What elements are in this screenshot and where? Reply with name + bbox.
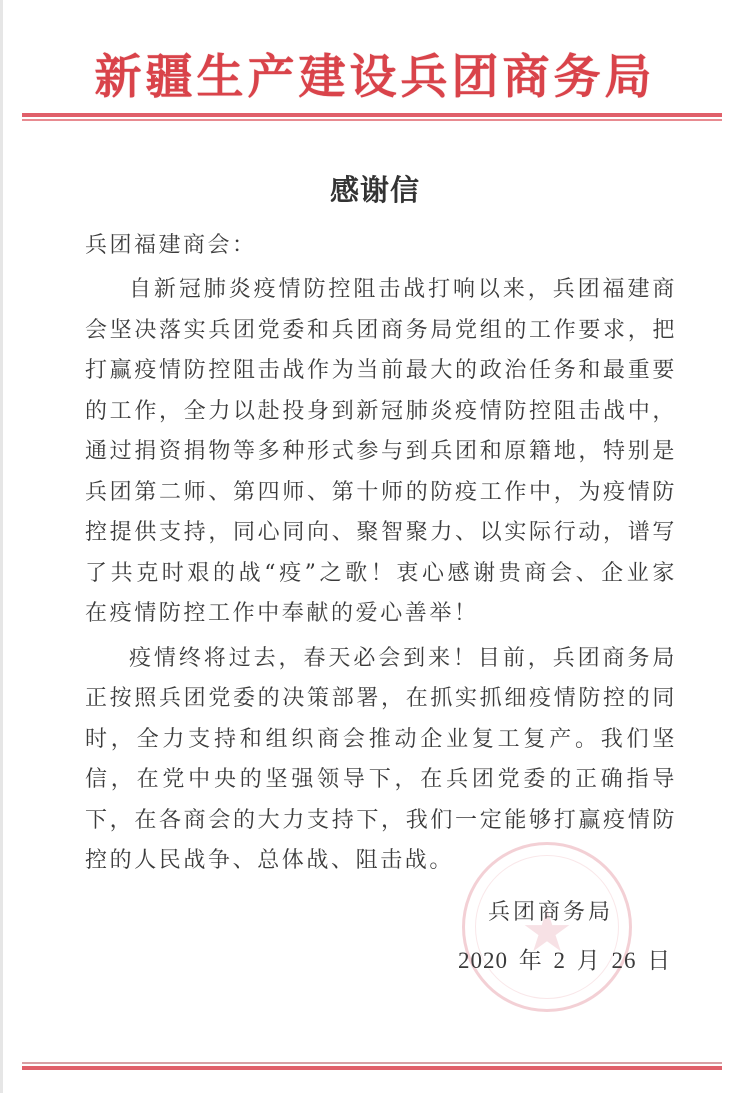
salutation: 兵团福建商会：	[85, 228, 257, 259]
official-seal-icon: ★	[462, 842, 632, 1012]
signature: 兵团商务局	[488, 895, 613, 926]
letterhead-divider	[22, 113, 722, 121]
letter-body: 自新冠肺炎疫情防控阻击战打响以来，兵团福建商会坚决落实兵团党委和兵团商务局党组的…	[85, 270, 677, 882]
letter-title: 感谢信	[0, 168, 750, 209]
letterhead-title: 新疆生产建设兵团商务局	[0, 40, 750, 107]
page-edge	[0, 0, 3, 1093]
footer-divider	[22, 1062, 722, 1070]
body-paragraph: 疫情终将过去，春天必会到来！目前，兵团商务局正按照兵团党委的决策部署，在抓实抓细…	[85, 639, 677, 882]
signature-date: 2020 年 2 月 26 日	[458, 942, 671, 975]
body-paragraph: 自新冠肺炎疫情防控阻击战打响以来，兵团福建商会坚决落实兵团党委和兵团商务局党组的…	[85, 270, 677, 635]
